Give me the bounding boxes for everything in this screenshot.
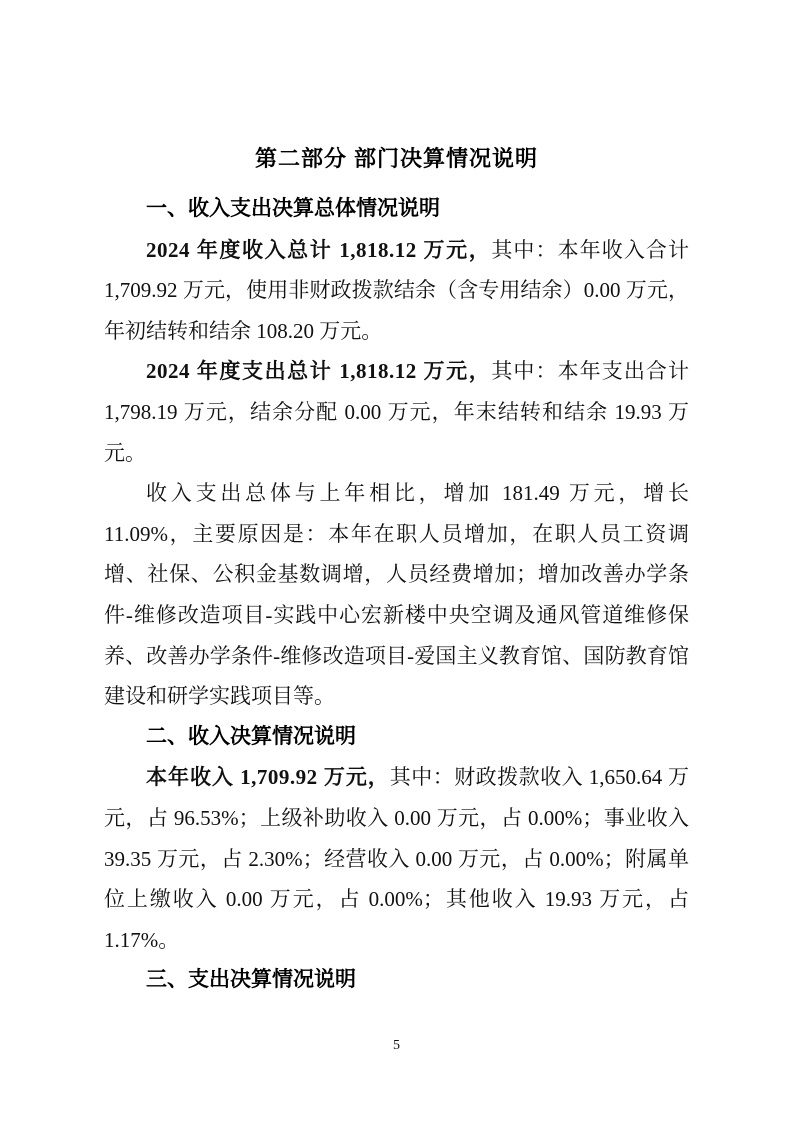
- section-3-heading: 三、支出决算情况说明: [104, 960, 689, 1001]
- section-2-heading: 二、收入决算情况说明: [104, 717, 689, 758]
- paragraph-lead-bold: 2024 年度支出总计 1,818.12 万元，: [146, 359, 491, 383]
- section-1-paragraph-2: 2024 年度支出总计 1,818.12 万元，其中：本年支出合计 1,798.…: [104, 351, 689, 473]
- page-number: 5: [0, 1037, 793, 1055]
- section-1-paragraph-3: 收入支出总体与上年相比，增加 181.49 万元，增长 11.09%，主要原因是…: [104, 473, 689, 717]
- paragraph-lead-bold: 2024 年度收入总计 1,818.12 万元，: [146, 238, 491, 262]
- document-body: 一、收入支出决算总体情况说明 2024 年度收入总计 1,818.12 万元，其…: [104, 189, 689, 1001]
- paragraph-text: 收入支出总体与上年相比，增加 181.49 万元，增长 11.09%，主要原因是…: [104, 481, 689, 708]
- document-page: 第二部分 部门决算情况说明 一、收入支出决算总体情况说明 2024 年度收入总计…: [0, 0, 793, 1122]
- section-1-paragraph-1: 2024 年度收入总计 1,818.12 万元，其中：本年收入合计 1,709.…: [104, 230, 689, 352]
- section-2-paragraph-1: 本年收入 1,709.92 万元，其中：财政拨款收入 1,650.64 万元，占…: [104, 757, 689, 960]
- page-title: 第二部分 部门决算情况说明: [0, 0, 793, 176]
- paragraph-text: 其中：财政拨款收入 1,650.64 万元，占 96.53%；上级补助收入 0.…: [104, 765, 689, 951]
- section-1-heading: 一、收入支出决算总体情况说明: [104, 189, 689, 230]
- paragraph-lead-bold: 本年收入 1,709.92 万元，: [146, 765, 390, 789]
